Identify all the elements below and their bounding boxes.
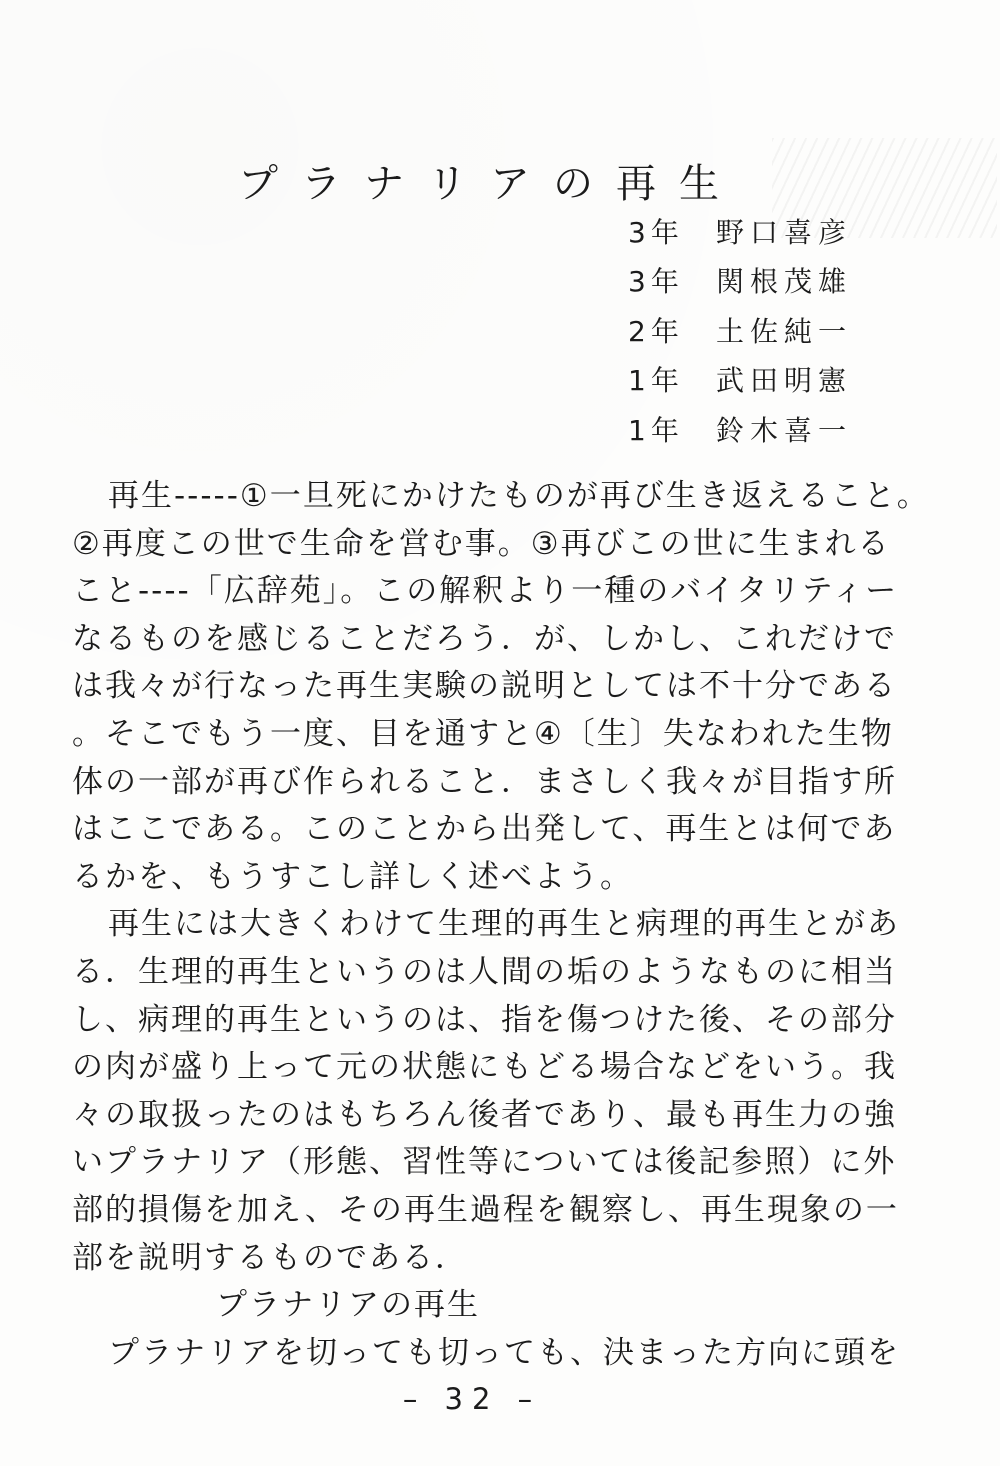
body-line: 再生には大きくわけて生理的再生と病理的再生とがあ	[72, 901, 984, 949]
body-line: る．生理的再生というのは人間の垢のようなものに相当	[72, 949, 984, 997]
body-line: ②再度この世で生命を営む事。③再びこの世に生まれる	[72, 521, 984, 569]
body-line: 体の一部が再び作られること．まさしく我々が目指す所	[72, 759, 984, 807]
scanned-document-page: プラナリアの再生 3年野口喜彦3年関根茂雄2年土佐純一1年武田明憲1年鈴木喜一 …	[0, 0, 1000, 1466]
author-name: 鈴木喜一	[716, 409, 852, 449]
author-name: 武田明憲	[716, 359, 852, 399]
body-line: プラナリアの再生	[72, 1282, 984, 1330]
body-line: は我々が行なった再生実験の説明としては不十分である	[72, 663, 984, 711]
body-line: 部的損傷を加え、その再生過程を観察し、再生現象の一	[72, 1187, 984, 1235]
body-line: いプラナリア（形態、習性等については後記参照）に外	[72, 1139, 984, 1187]
author-row: 2年土佐純一	[628, 305, 852, 355]
body-line: 部を説明するものである．	[72, 1235, 984, 1283]
page-title: プラナリアの再生	[238, 152, 742, 209]
author-name: 関根茂雄	[716, 260, 852, 300]
body-line: し、病理的再生というのは、指を傷つけた後、その部分	[72, 997, 984, 1045]
author-row: 1年武田明憲	[628, 355, 852, 405]
page-number: – 32 –	[0, 1382, 944, 1416]
author-name: 野口喜彦	[716, 211, 852, 251]
author-year: 2年	[628, 310, 716, 350]
author-year: 3年	[628, 260, 716, 300]
author-row: 3年野口喜彦	[628, 206, 852, 256]
body-line: はここである。このことから出発して、再生とは何であ	[72, 806, 984, 854]
body-line: プラナリアを切っても切っても、決まった方向に頭を	[72, 1330, 984, 1378]
author-year: 1年	[628, 359, 716, 399]
author-row: 1年鈴木喜一	[628, 404, 852, 454]
body-line: るかを、もうすこし詳しく述べよう。	[72, 854, 984, 902]
author-name: 土佐純一	[716, 310, 852, 350]
author-year: 3年	[628, 211, 716, 251]
author-row: 3年関根茂雄	[628, 256, 852, 306]
body-line: 々の取扱ったのはもちろん後者であり、最も再生力の強	[72, 1092, 984, 1140]
body-line: こと----「広辞苑」。この解釈より一種のバイタリティー	[72, 568, 984, 616]
body-line: なるものを感じることだろう．が、しかし、これだけで	[72, 616, 984, 664]
author-year: 1年	[628, 409, 716, 449]
author-list: 3年野口喜彦3年関根茂雄2年土佐純一1年武田明憲1年鈴木喜一	[628, 206, 852, 454]
body-line: 。そこでもう一度、目を通すと④〔生〕失なわれた生物	[72, 711, 984, 759]
body-line: 再生-----①一旦死にかけたものが再び生き返えること。	[72, 473, 984, 521]
body-text: 再生-----①一旦死にかけたものが再び生き返えること。②再度この世で生命を営む…	[72, 473, 984, 1377]
body-line: の肉が盛り上って元の状態にもどる場合などをいう。我	[72, 1044, 984, 1092]
